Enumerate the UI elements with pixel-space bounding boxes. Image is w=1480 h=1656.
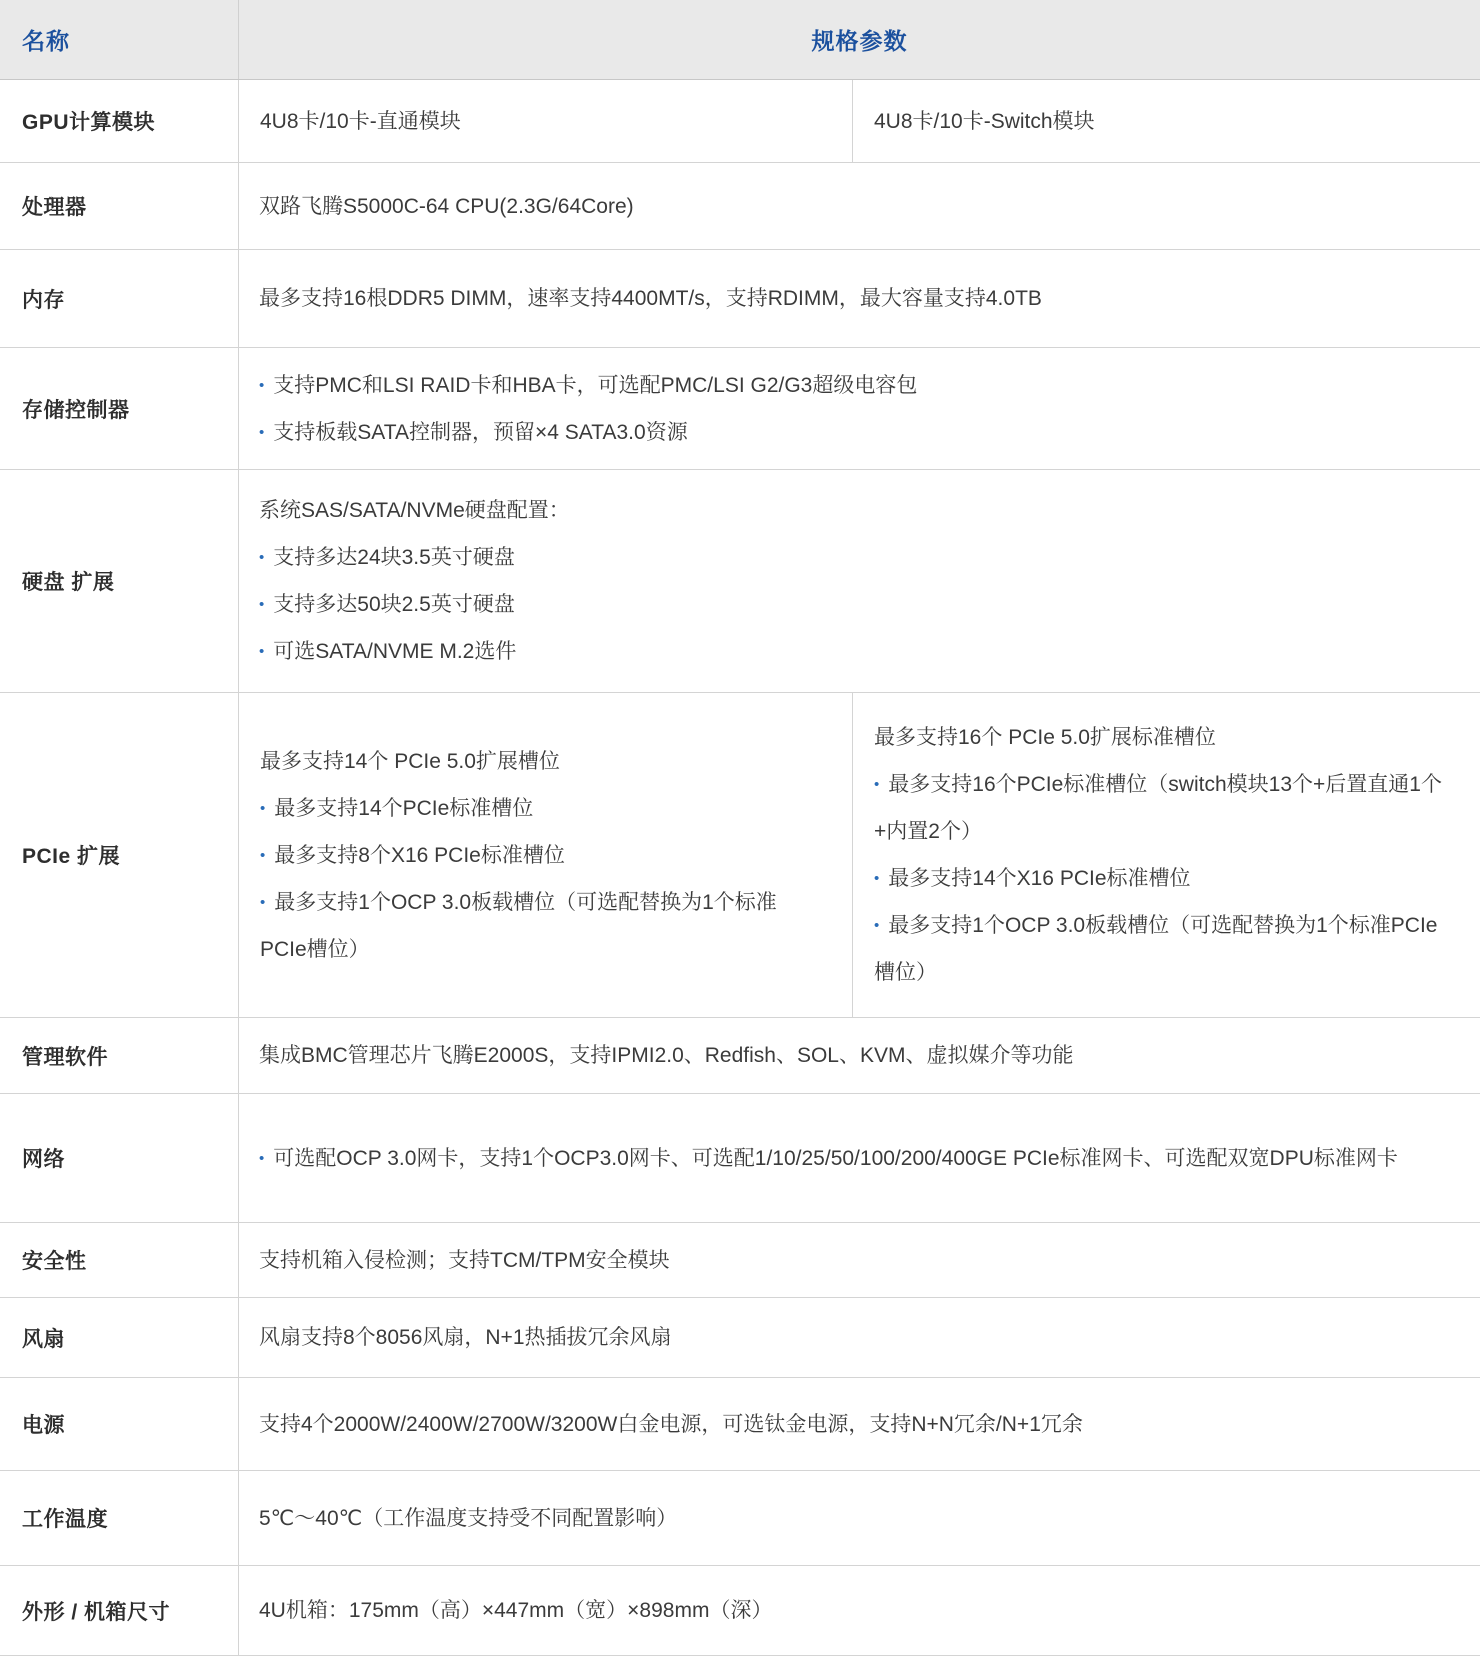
spec-line: •最多支持1个OCP 3.0板载槽位（可选配替换为1个标准PCIe槽位） — [874, 902, 1446, 996]
spec-line: •可选SATA/NVME M.2选件 — [259, 628, 1440, 675]
spec-line: •最多支持1个OCP 3.0板载槽位（可选配替换为1个标准PCIe槽位） — [260, 879, 818, 973]
table-row-memory: 内存 最多支持16根DDR5 DIMM，速率支持4400MT/s，支持RDIMM… — [0, 250, 1480, 348]
row-label: 硬盘 扩展 — [0, 470, 239, 692]
spec-line: •可选配OCP 3.0网卡，支持1个OCP3.0网卡、可选配1/10/25/50… — [259, 1135, 1440, 1182]
row-value: 支持4个2000W/2400W/2700W/3200W白金电源，可选钛金电源，支… — [239, 1378, 1480, 1470]
table-row-pcie-expansion: PCIe 扩展 最多支持14个 PCIe 5.0扩展槽位 •最多支持14个PCI… — [0, 693, 1480, 1018]
spec-line: 支持4个2000W/2400W/2700W/3200W白金电源，可选钛金电源，支… — [259, 1401, 1440, 1448]
spec-line: 风扇支持8个8056风扇，N+1热插拔冗余风扇 — [259, 1314, 1440, 1361]
spec-line: 4U8卡/10卡-Switch模块 — [874, 98, 1446, 145]
row-value: 最多支持16根DDR5 DIMM，速率支持4400MT/s，支持RDIMM，最大… — [239, 250, 1480, 347]
spec-text: 支持多达24块3.5英寸硬盘 — [273, 546, 515, 569]
bullet-icon: • — [874, 917, 879, 934]
spec-line: 5℃～40℃（工作温度支持受不同配置影响） — [259, 1495, 1440, 1542]
table-row-storage-controller: 存储控制器 •支持PMC和LSI RAID卡和HBA卡，可选配PMC/LSI G… — [0, 348, 1480, 470]
header-name-column: 名称 — [0, 0, 239, 79]
spec-text: 最多支持1个OCP 3.0板载槽位（可选配替换为1个标准PCIe槽位） — [874, 914, 1437, 984]
spec-line: 系统SAS/SATA/NVMe硬盘配置： — [259, 487, 1440, 534]
gpu-switch-cell: 4U8卡/10卡-Switch模块 — [852, 80, 1480, 162]
spec-text: 4U8卡/10卡-直通模块 — [260, 110, 461, 133]
bullet-icon: • — [259, 643, 264, 660]
spec-line: 4U机箱：175mm（高）×447mm（宽）×898mm（深） — [259, 1587, 1440, 1634]
row-value: 4U机箱：175mm（高）×447mm（宽）×898mm（深） — [239, 1566, 1480, 1655]
row-label: 网络 — [0, 1094, 239, 1222]
table-row-network: 网络 •可选配OCP 3.0网卡，支持1个OCP3.0网卡、可选配1/10/25… — [0, 1094, 1480, 1223]
pcie-passthrough-cell: 最多支持14个 PCIe 5.0扩展槽位 •最多支持14个PCIe标准槽位 •最… — [239, 693, 852, 1017]
row-label: PCIe 扩展 — [0, 693, 239, 1017]
spec-text: 集成BMC管理芯片飞腾E2000S，支持IPMI2.0、Redfish、SOL、… — [259, 1044, 1074, 1067]
spec-line: 最多支持14个 PCIe 5.0扩展槽位 — [260, 738, 818, 785]
row-value: •可选配OCP 3.0网卡，支持1个OCP3.0网卡、可选配1/10/25/50… — [239, 1094, 1480, 1222]
bullet-icon: • — [259, 377, 264, 394]
spec-text: 最多支持1个OCP 3.0板载槽位（可选配替换为1个标准PCIe槽位） — [260, 891, 777, 961]
row-label: 工作温度 — [0, 1471, 239, 1565]
spec-line: •支持多达50块2.5英寸硬盘 — [259, 581, 1440, 628]
row-label: 电源 — [0, 1378, 239, 1470]
spec-text: 支持4个2000W/2400W/2700W/3200W白金电源，可选钛金电源，支… — [259, 1413, 1083, 1436]
table-row-disk-expansion: 硬盘 扩展 系统SAS/SATA/NVMe硬盘配置： •支持多达24块3.5英寸… — [0, 470, 1480, 693]
row-label: 存储控制器 — [0, 348, 239, 469]
table-row-gpu-module: GPU计算模块 4U8卡/10卡-直通模块 4U8卡/10卡-Switch模块 — [0, 80, 1480, 163]
row-value: 集成BMC管理芯片飞腾E2000S，支持IPMI2.0、Redfish、SOL、… — [239, 1018, 1480, 1093]
row-value-split: 4U8卡/10卡-直通模块 4U8卡/10卡-Switch模块 — [239, 80, 1480, 162]
row-label: 风扇 — [0, 1298, 239, 1377]
row-label: GPU计算模块 — [0, 80, 239, 162]
bullet-icon: • — [259, 596, 264, 613]
spec-text: 最多支持16个 PCIe 5.0扩展标准槽位 — [874, 726, 1216, 749]
row-value: 系统SAS/SATA/NVMe硬盘配置： •支持多达24块3.5英寸硬盘 •支持… — [239, 470, 1480, 692]
spec-text: 可选配OCP 3.0网卡，支持1个OCP3.0网卡、可选配1/10/25/50/… — [273, 1147, 1398, 1170]
spec-line: •最多支持14个X16 PCIe标准槽位 — [874, 855, 1446, 902]
spec-table: 名称 规格参数 GPU计算模块 4U8卡/10卡-直通模块 4U8卡/10卡-S… — [0, 0, 1480, 1656]
table-row-dimensions: 外形 / 机箱尺寸 4U机箱：175mm（高）×447mm（宽）×898mm（深… — [0, 1566, 1480, 1656]
row-label: 安全性 — [0, 1223, 239, 1297]
row-value: 5℃～40℃（工作温度支持受不同配置影响） — [239, 1471, 1480, 1565]
spec-text: 最多支持14个X16 PCIe标准槽位 — [888, 867, 1190, 890]
table-row-operating-temperature: 工作温度 5℃～40℃（工作温度支持受不同配置影响） — [0, 1471, 1480, 1566]
row-value: 支持机箱入侵检测；支持TCM/TPM安全模块 — [239, 1223, 1480, 1297]
bullet-icon: • — [260, 847, 265, 864]
spec-text: 双路飞腾S5000C-64 CPU(2.3G/64Core) — [259, 195, 634, 218]
bullet-icon: • — [260, 894, 265, 911]
row-label: 管理软件 — [0, 1018, 239, 1093]
bullet-icon: • — [259, 549, 264, 566]
spec-text: 支持板载SATA控制器，预留×4 SATA3.0资源 — [273, 421, 687, 444]
bullet-icon: • — [259, 424, 264, 441]
table-row-fan: 风扇 风扇支持8个8056风扇，N+1热插拔冗余风扇 — [0, 1298, 1480, 1378]
spec-text: 4U机箱：175mm（高）×447mm（宽）×898mm（深） — [259, 1599, 772, 1622]
spec-line: •最多支持8个X16 PCIe标准槽位 — [260, 832, 818, 879]
spec-line: 双路飞腾S5000C-64 CPU(2.3G/64Core) — [259, 183, 1440, 230]
spec-line: 4U8卡/10卡-直通模块 — [260, 98, 818, 145]
bullet-icon: • — [260, 800, 265, 817]
spec-line: •支持PMC和LSI RAID卡和HBA卡，可选配PMC/LSI G2/G3超级… — [259, 362, 1440, 409]
spec-text: 风扇支持8个8056风扇，N+1热插拔冗余风扇 — [259, 1326, 672, 1349]
table-row-cpu: 处理器 双路飞腾S5000C-64 CPU(2.3G/64Core) — [0, 163, 1480, 250]
spec-text: 系统SAS/SATA/NVMe硬盘配置： — [259, 499, 570, 522]
spec-line: •最多支持14个PCIe标准槽位 — [260, 785, 818, 832]
spec-text: 最多支持14个PCIe标准槽位 — [274, 797, 533, 820]
spec-text: 可选SATA/NVME M.2选件 — [273, 640, 516, 663]
row-label: 处理器 — [0, 163, 239, 249]
row-label: 内存 — [0, 250, 239, 347]
spec-line: 最多支持16个 PCIe 5.0扩展标准槽位 — [874, 714, 1446, 761]
bullet-icon: • — [874, 870, 879, 887]
spec-text: 最多支持8个X16 PCIe标准槽位 — [274, 844, 565, 867]
table-row-security: 安全性 支持机箱入侵检测；支持TCM/TPM安全模块 — [0, 1223, 1480, 1298]
spec-line: 最多支持16根DDR5 DIMM，速率支持4400MT/s，支持RDIMM，最大… — [259, 275, 1440, 322]
spec-text: 支持PMC和LSI RAID卡和HBA卡，可选配PMC/LSI G2/G3超级电… — [273, 374, 917, 397]
bullet-icon: • — [259, 1150, 264, 1167]
row-value: •支持PMC和LSI RAID卡和HBA卡，可选配PMC/LSI G2/G3超级… — [239, 348, 1480, 469]
row-value: 风扇支持8个8056风扇，N+1热插拔冗余风扇 — [239, 1298, 1480, 1377]
spec-text: 支持机箱入侵检测；支持TCM/TPM安全模块 — [259, 1249, 670, 1272]
pcie-switch-cell: 最多支持16个 PCIe 5.0扩展标准槽位 •最多支持16个PCIe标准槽位（… — [852, 693, 1480, 1017]
spec-text: 4U8卡/10卡-Switch模块 — [874, 110, 1095, 133]
spec-text: 最多支持16根DDR5 DIMM，速率支持4400MT/s，支持RDIMM，最大… — [259, 287, 1042, 310]
row-label: 外形 / 机箱尺寸 — [0, 1566, 239, 1655]
spec-line: •支持板载SATA控制器，预留×4 SATA3.0资源 — [259, 409, 1440, 456]
spec-text: 5℃～40℃（工作温度支持受不同配置影响） — [259, 1507, 677, 1530]
row-value: 双路飞腾S5000C-64 CPU(2.3G/64Core) — [239, 163, 1480, 249]
bullet-icon: • — [874, 776, 879, 793]
spec-line: •最多支持16个PCIe标准槽位（switch模块13个+后置直通1个+内置2个… — [874, 761, 1446, 855]
gpu-passthrough-cell: 4U8卡/10卡-直通模块 — [239, 80, 852, 162]
spec-line: •支持多达24块3.5英寸硬盘 — [259, 534, 1440, 581]
spec-text: 支持多达50块2.5英寸硬盘 — [273, 593, 515, 616]
spec-text: 最多支持16个PCIe标准槽位（switch模块13个+后置直通1个+内置2个） — [874, 773, 1442, 843]
table-header-row: 名称 规格参数 — [0, 0, 1480, 80]
header-spec-column: 规格参数 — [239, 0, 1480, 79]
spec-line: 集成BMC管理芯片飞腾E2000S，支持IPMI2.0、Redfish、SOL、… — [259, 1032, 1440, 1079]
row-value-split: 最多支持14个 PCIe 5.0扩展槽位 •最多支持14个PCIe标准槽位 •最… — [239, 693, 1480, 1017]
table-row-management-software: 管理软件 集成BMC管理芯片飞腾E2000S，支持IPMI2.0、Redfish… — [0, 1018, 1480, 1094]
spec-text: 最多支持14个 PCIe 5.0扩展槽位 — [260, 750, 560, 773]
table-row-power: 电源 支持4个2000W/2400W/2700W/3200W白金电源，可选钛金电… — [0, 1378, 1480, 1471]
spec-line: 支持机箱入侵检测；支持TCM/TPM安全模块 — [259, 1237, 1440, 1284]
